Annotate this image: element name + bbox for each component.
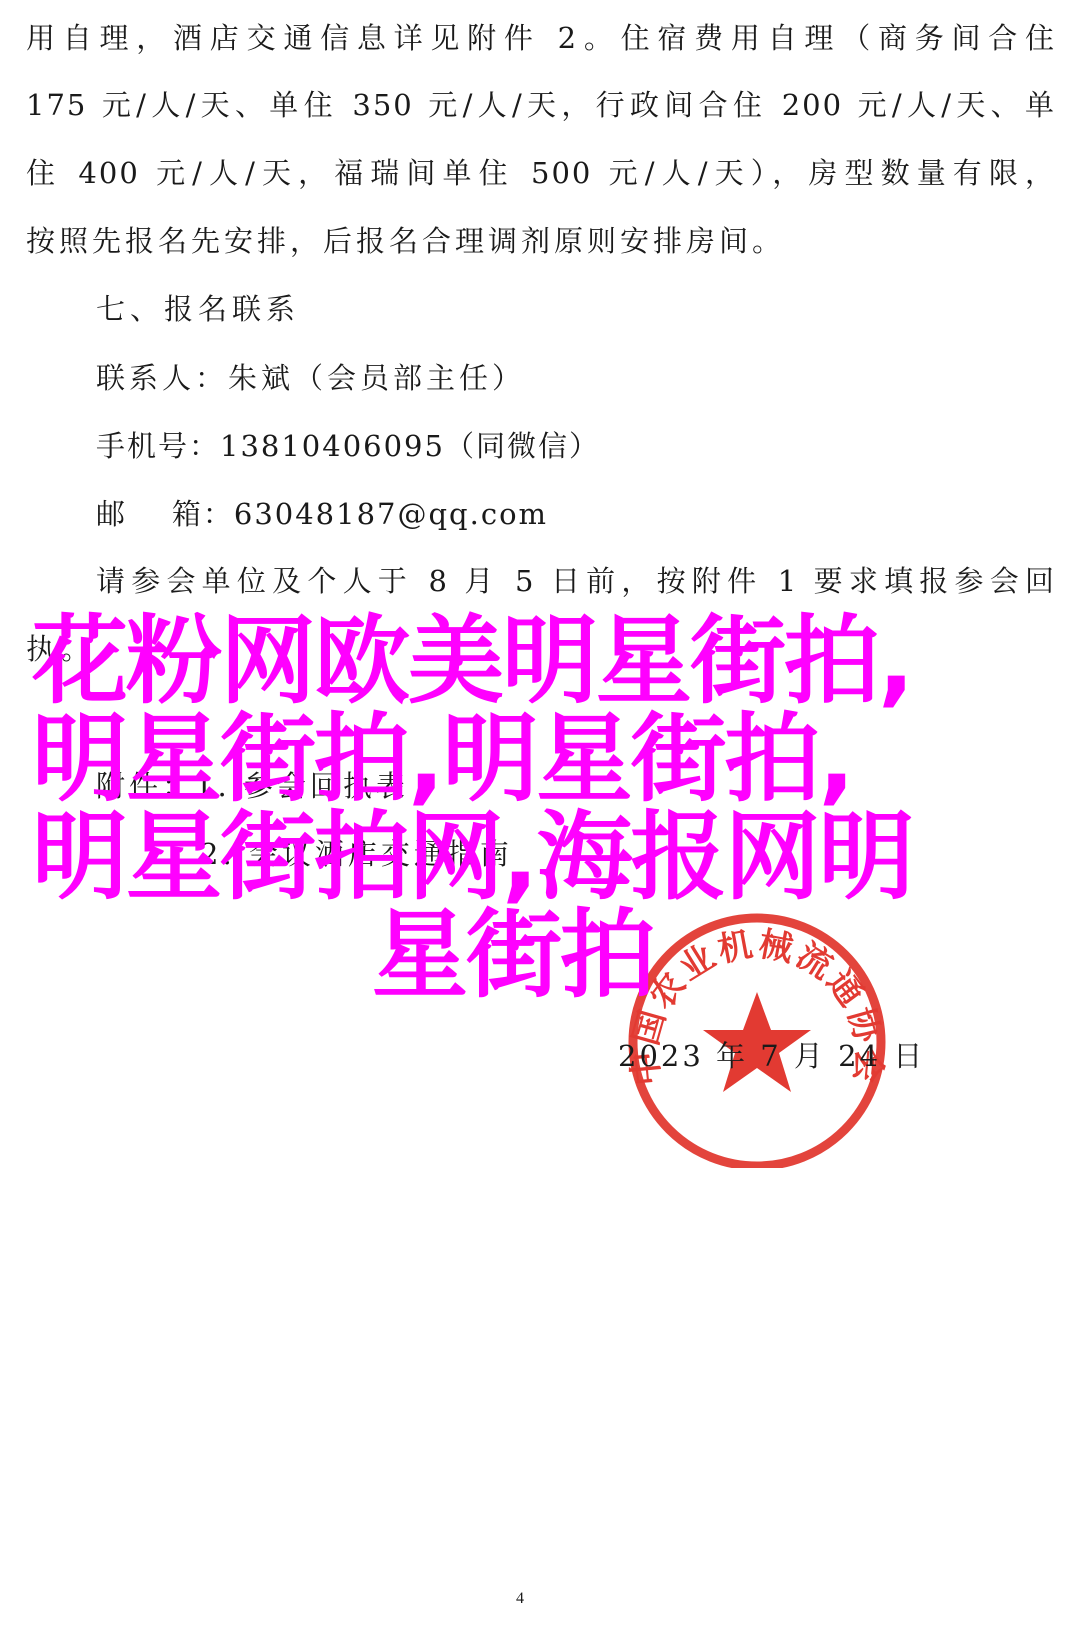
- watermark-line-2: 明星街拍,明星街拍,: [20, 710, 1000, 808]
- contact-person: 联系人：朱斌（会员部主任）: [96, 360, 525, 396]
- paragraph-line-1: 用自理，酒店交通信息详见附件 2。住宿费用自理（商务间合住: [26, 20, 1056, 56]
- section-heading: 七、报名联系: [96, 291, 300, 327]
- contact-email: 邮 箱：63048187@qq.com: [96, 496, 548, 532]
- watermark-line-3: 明星街拍网,海报网明: [20, 808, 1000, 906]
- watermark-line-4: 星街拍: [20, 906, 1000, 1004]
- paragraph-line-4: 按照先报名先安排，后报名合理调剂原则安排房间。: [26, 223, 785, 259]
- watermark-overlay: 花粉网欧美明星街拍, 明星街拍,明星街拍, 明星街拍网,海报网明 星街拍: [20, 612, 1000, 1004]
- contact-phone: 手机号：13810406095（同微信）: [96, 428, 600, 464]
- page-number: 4: [0, 1590, 1040, 1608]
- document-date: 2023 年 7 月 24 日: [618, 1038, 925, 1074]
- watermark-line-1: 花粉网欧美明星街拍,: [20, 612, 1000, 710]
- paragraph-line-3: 住 400 元/人/天，福瑞间单住 500 元/人/天），房型数量有限，: [26, 155, 1056, 191]
- registration-note-line-1: 请参会单位及个人于 8 月 5 日前，按附件 1 要求填报参会回: [96, 563, 1056, 599]
- paragraph-line-2: 175 元/人/天、单住 350 元/人/天，行政间合住 200 元/人/天、单: [26, 87, 1056, 123]
